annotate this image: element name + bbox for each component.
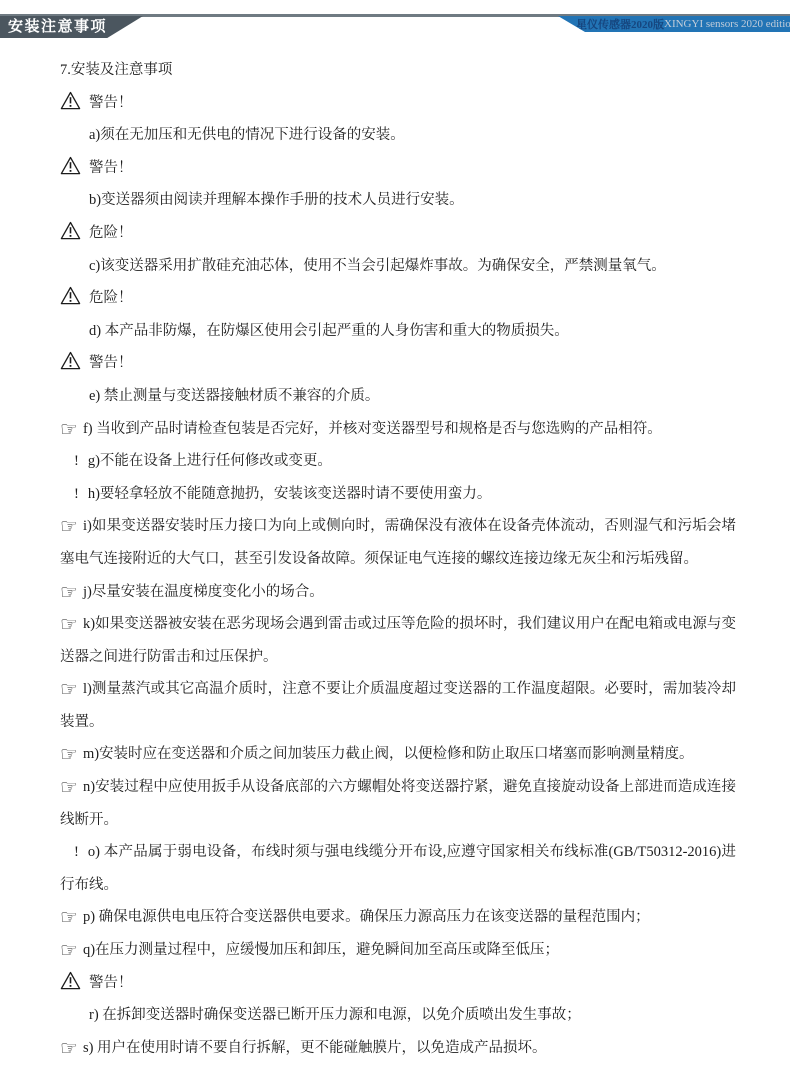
notice-item-hand: ☞j)尽量安装在温度梯度变化小的场合。: [60, 576, 736, 609]
notice-item-hand: ☞q)在压力测量过程中，应缓慢加压和卸压，避免瞬间加至高压或降至低压；: [60, 934, 736, 967]
notice-item-alert: 危险！: [60, 282, 736, 315]
notice-text: j)尽量安装在温度梯度变化小的场合。: [83, 584, 324, 600]
pointing-hand-icon: ☞: [60, 612, 78, 636]
notice-item-letter: a)须在无加压和无供电的情况下进行设备的安装。: [60, 119, 736, 152]
notice-text: a)须在无加压和无供电的情况下进行设备的安装。: [89, 127, 405, 143]
notice-text: l)测量蒸汽或其它高温介质时，注意不要让介质温度超过变送器的工作温度超限。必要时…: [60, 681, 736, 730]
notice-text: r) 在拆卸变送器时确保变送器已断开压力源和电源，以免介质喷出发生事故；: [89, 1007, 581, 1023]
alert-label: 警告！: [89, 160, 133, 176]
notice-item-alert: 警告！: [60, 967, 736, 1000]
pointing-hand-icon: ☞: [60, 905, 78, 929]
alert-label: 警告！: [89, 355, 133, 371]
pointing-hand-icon: ☞: [60, 677, 78, 701]
exclamation-prefix-icon: !: [74, 486, 79, 502]
notice-item-hand: ☞p) 确保电源供电电压符合变送器供电要求。确保压力源高压力在该变送器的量程范围…: [60, 901, 736, 934]
notice-text: f) 当收到产品时请检查包装是否完好，并核对变送器型号和规格是否与您选购的产品相…: [83, 421, 662, 437]
warning-triangle-icon: [60, 355, 81, 371]
brand-name-cn: 星仪传感器2020版: [576, 16, 664, 32]
notice-text: d) 本产品非防爆，在防爆区使用会引起严重的人身伤害和重大的物质损失。: [89, 323, 569, 339]
pointing-hand-icon: ☞: [60, 1036, 78, 1060]
warning-triangle-icon: [60, 975, 81, 991]
notice-item-letter: b)变送器须由阅读并理解本操作手册的技术人员进行安装。: [60, 184, 736, 217]
warning-triangle-icon: [60, 225, 81, 241]
notice-text: p) 确保电源供电电压符合变送器供电要求。确保压力源高压力在该变送器的量程范围内…: [83, 909, 650, 925]
alert-label: 危险！: [89, 225, 133, 241]
notice-text: g)不能在设备上进行任何修改或变更。: [88, 453, 332, 469]
alert-label: 警告！: [89, 975, 133, 991]
exclamation-prefix-icon: !: [74, 844, 79, 860]
notice-item-alert: 警告！: [60, 347, 736, 380]
notice-item-letter: r) 在拆卸变送器时确保变送器已断开压力源和电源，以免介质喷出发生事故；: [60, 999, 736, 1032]
notice-text: h)要轻拿轻放不能随意抛扔，安装该变送器时请不要使用蛮力。: [88, 486, 492, 502]
notice-text: k)如果变送器被安装在恶劣现场会遇到雷击或过压等危险的损坏时，我们建议用户在配电…: [60, 616, 736, 665]
notice-item-hand: ☞n)安装过程中应使用扳手从设备底部的六方螺帽处将变送器拧紧，避免直接旋动设备上…: [60, 771, 736, 836]
notice-text: b)变送器须由阅读并理解本操作手册的技术人员进行安装。: [89, 192, 464, 208]
warning-triangle-icon: [60, 95, 81, 111]
notice-item-letter: c)该变送器采用扩散硅充油芯体，使用不当会引起爆炸事故。为确保安全，严禁测量氧气…: [60, 250, 736, 283]
notice-item-exclaim: !h)要轻拿轻放不能随意抛扔，安装该变送器时请不要使用蛮力。: [60, 478, 736, 511]
brand-name-en: XINGYI sensors 2020 edition: [664, 18, 790, 30]
notice-item-letter: d) 本产品非防爆，在防爆区使用会引起严重的人身伤害和重大的物质损失。: [60, 315, 736, 348]
notice-item-exclaim: !g)不能在设备上进行任何修改或变更。: [60, 445, 736, 478]
notice-item-hand: ☞l)测量蒸汽或其它高温介质时，注意不要让介质温度超过变送器的工作温度超限。必要…: [60, 673, 736, 738]
pointing-hand-icon: ☞: [60, 938, 78, 962]
notice-text: o) 本产品属于弱电设备，布线时须与强电线缆分开布设,应遵守国家相关布线标准(G…: [60, 844, 736, 893]
pointing-hand-icon: ☞: [60, 775, 78, 799]
pointing-hand-icon: ☞: [60, 417, 78, 441]
alert-label: 危险！: [89, 290, 133, 306]
notice-item-hand: ☞i)如果变送器安装时压力接口为向上或侧向时，需确保没有液体在设备壳体流动，否则…: [60, 510, 736, 575]
section-banner-title: 安装注意事项: [8, 19, 107, 35]
notice-text: q)在压力测量过程中，应缓慢加压和卸压，避免瞬间加至高压或降至低压；: [83, 942, 559, 958]
notice-text: i)如果变送器安装时压力接口为向上或侧向时，需确保没有液体在设备壳体流动，否则湿…: [60, 518, 736, 567]
notice-item-hand: ☞s) 用户在使用时请不要自行拆解，更不能碰触膜片，以免造成产品损坏。: [60, 1032, 736, 1065]
pointing-hand-icon: ☞: [60, 580, 78, 604]
notice-item-alert: 警告！: [60, 87, 736, 120]
notice-item-alert: 危险！: [60, 217, 736, 250]
section-heading: 7.安装及注意事项: [60, 54, 736, 87]
exclamation-prefix-icon: !: [74, 453, 79, 469]
manual-page: 安装注意事项 星仪传感器2020版 XINGYI sensors 2020 ed…: [0, 0, 790, 1076]
notice-text: m)安装时应在变送器和介质之间加装压力截止阀，以便检修和防止取压口堵塞而影响测量…: [83, 746, 694, 762]
document-body: 7.安装及注意事项 警告！a)须在无加压和无供电的情况下进行设备的安装。警告！b…: [60, 54, 736, 1064]
pointing-hand-icon: ☞: [60, 514, 78, 538]
notice-text: s) 用户在使用时请不要自行拆解，更不能碰触膜片，以免造成产品损坏。: [83, 1040, 547, 1056]
notice-item-alert: 警告！: [60, 152, 736, 185]
pointing-hand-icon: ☞: [60, 742, 78, 766]
notice-item-letter: e) 禁止测量与变送器接触材质不兼容的介质。: [60, 380, 736, 413]
alert-label: 警告！: [89, 95, 133, 111]
warning-triangle-icon: [60, 290, 81, 306]
notice-item-exclaim: !o) 本产品属于弱电设备，布线时须与强电线缆分开布设,应遵守国家相关布线标准(…: [60, 836, 736, 901]
notice-item-hand: ☞k)如果变送器被安装在恶劣现场会遇到雷击或过压等危险的损坏时，我们建议用户在配…: [60, 608, 736, 673]
notice-item-hand: ☞f) 当收到产品时请检查包装是否完好，并核对变送器型号和规格是否与您选购的产品…: [60, 413, 736, 446]
notice-item-hand: ☞m)安装时应在变送器和介质之间加装压力截止阀，以便检修和防止取压口堵塞而影响测…: [60, 738, 736, 771]
section-banner: 安装注意事项: [0, 16, 143, 38]
warning-triangle-icon: [60, 160, 81, 176]
notice-text: n)安装过程中应使用扳手从设备底部的六方螺帽处将变送器拧紧，避免直接旋动设备上部…: [60, 779, 736, 828]
brand-ribbon: 星仪传感器2020版 XINGYI sensors 2020 edition: [558, 16, 790, 32]
notice-text: c)该变送器采用扩散硅充油芯体，使用不当会引起爆炸事故。为确保安全，严禁测量氧气…: [89, 258, 666, 274]
notice-text: e) 禁止测量与变送器接触材质不兼容的介质。: [89, 388, 379, 404]
